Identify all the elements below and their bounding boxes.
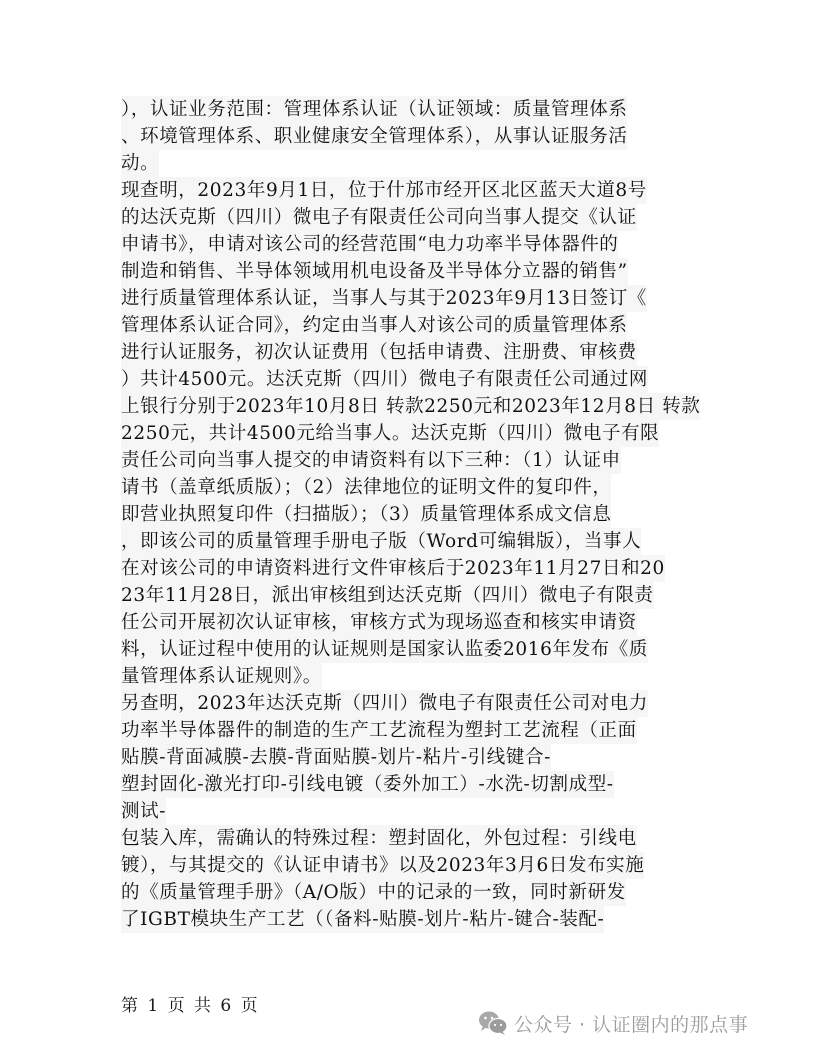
text-line: 塑封固化-激光打印-引线电镀（委外加工）-水洗-切割成型- xyxy=(121,771,614,798)
text-line: 管理体系认证合同》，约定由当事人对该公司的质量管理体系 xyxy=(121,312,627,339)
text-line: 、环境管理体系、职业健康安全管理体系），从事认证服务活 xyxy=(121,123,627,150)
text-line: ，即该公司的质量管理手册电子版（Word可编辑版），当事人 xyxy=(121,528,641,555)
watermark-text: 公众号 · 认证圈内的那点事 xyxy=(514,1010,748,1037)
text-line: 在对该公司的申请资料进行文件审核后于2023年11月27日和20 xyxy=(121,555,665,582)
text-line: 申请书》，申请对该公司的经营范围“电力功率半导体器件的 xyxy=(121,231,618,258)
text-line: 测试- xyxy=(121,798,166,825)
text-line: 料，认证过程中使用的认证规则是国家认监委2016年发布《质 xyxy=(121,636,648,663)
watermark: 公众号 · 认证圈内的那点事 xyxy=(478,1006,748,1040)
text-line: 制造和销售、半导体领域用机电设备及半导体分立器的销售” xyxy=(121,258,628,285)
text-line: 上银行分别于2023年10月8日 转款2250元和2023年12月8日 转款 xyxy=(121,393,700,420)
text-line: 量管理体系认证规则》。 xyxy=(121,663,322,690)
text-line: ），认证业务范围：管理体系认证（认证领域：质量管理体系 xyxy=(121,96,627,123)
wechat-icon xyxy=(478,1010,508,1036)
document-body: ），认证业务范围：管理体系认证（认证领域：质量管理体系 、环境管理体系、职业健康… xyxy=(121,96,697,933)
text-line: 包装入库，需确认的特殊过程：塑封固化，外包过程：引线电 xyxy=(121,825,637,852)
text-line: 的达沃克斯（四川）微电子有限责任公司向当事人提交《认证 xyxy=(121,204,637,231)
text-line: 进行认证服务，初次认证费用（包括申请费、注册费、审核费 xyxy=(121,339,637,366)
text-line: 进行质量管理体系认证，当事人与其于2023年9月13日签订《 xyxy=(121,285,647,312)
text-line: 功率半导体器件的制造的生产工艺流程为塑封工艺流程（正面 xyxy=(121,717,637,744)
text-line: 任公司开展初次认证审核，审核方式为现场巡查和核实申请资 xyxy=(121,609,637,636)
text-line: 即营业执照复印件（扫描版）；（3）质量管理体系成文信息 xyxy=(121,501,611,528)
text-line: 2250元，共计4500元给当事人。达沃克斯（四川）微电子有限 xyxy=(121,420,659,447)
text-line: ）共计4500元。达沃克斯（四川）微电子有限责任公司通过网 xyxy=(121,366,648,393)
text-line: 镀），与其提交的《认证申请书》以及2023年3月6日发布实施 xyxy=(121,852,644,879)
text-line: 23年11月28日，派出审核组到达沃克斯（四川）微电子有限责 xyxy=(121,582,654,609)
text-line: 贴膜-背面减膜-去膜-背面贴膜-划片-粘片-引线键合- xyxy=(121,744,551,771)
page-indicator: 第 1 页 共 6 页 xyxy=(121,991,260,1016)
text-line: 了IGBT模块生产工艺（（备料-贴膜-划片-粘片-键合-装配- xyxy=(121,906,604,933)
text-line: 责任公司向当事人提交的申请资料有以下三种：（1）认证申 xyxy=(121,447,621,474)
text-line: 动。 xyxy=(121,150,159,177)
text-line: 请书（盖章纸质版）；（2）法律地位的证明文件的复印件， xyxy=(121,474,611,501)
text-line: 另查明，2023年达沃克斯（四川）微电子有限责任公司对电力 xyxy=(121,690,648,717)
text-line: 现查明，2023年9月1日，位于什邡市经开区北区蓝天大道8号 xyxy=(121,177,647,204)
text-line: 的《质量管理手册》（A/O版）中的记录的一致，同时新研发 xyxy=(121,879,626,906)
